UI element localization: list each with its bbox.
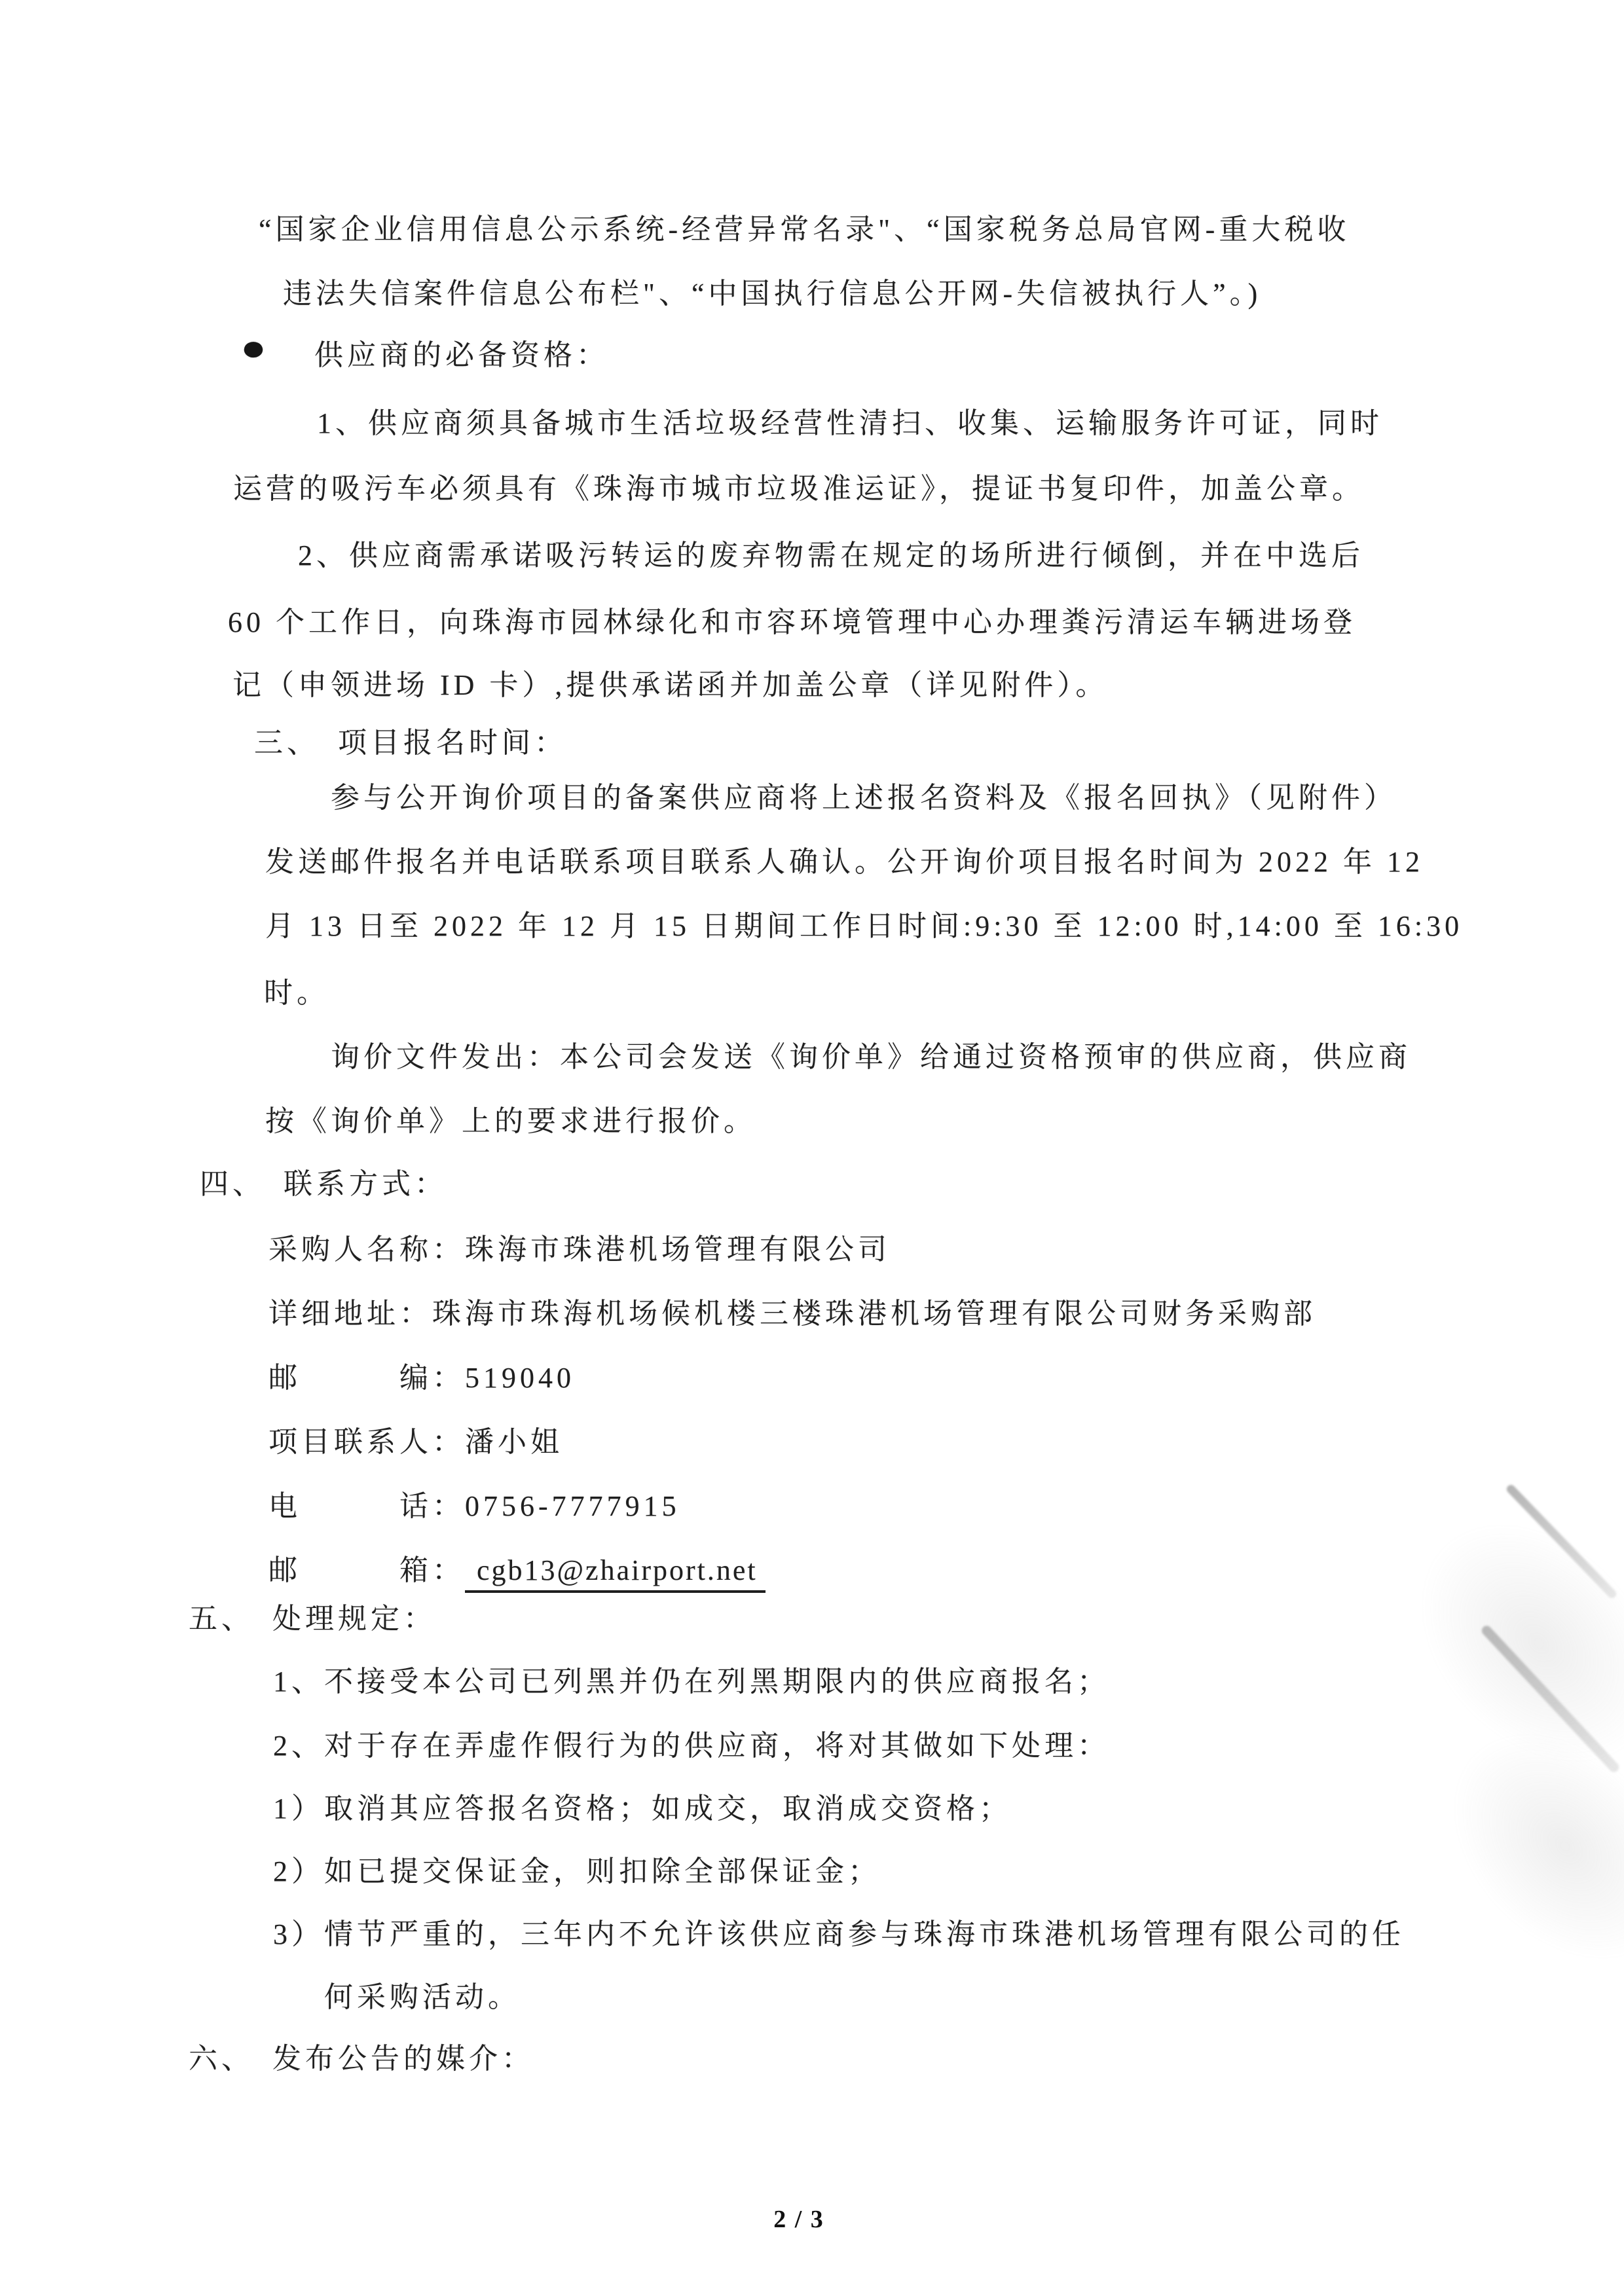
line-credit-systems-1: “国家企业信用信息公示系统-经营异常名录"、“国家税务总局官网-重大税收 bbox=[259, 211, 1350, 249]
line-registration-3: 月 13 日至 2022 年 12 月 15 日期间工作日时间:9:30 至 1… bbox=[265, 907, 1463, 945]
handling-sub-3b: 何采购活动。 bbox=[324, 1978, 521, 2016]
handling-sub-3a: 3）情节严重的，三年内不允许该供应商参与珠海市珠港机场管理有限公司的任 bbox=[273, 1916, 1405, 1954]
line-qualification-2b: 60 个工作日，向珠海市园林绿化和市容环境管理中心办理粪污清运车辆进场登 bbox=[228, 604, 1356, 642]
line-qualification-1a: 1、供应商须具备城市生活垃圾经营性清扫、收集、运输服务许可证，同时 bbox=[317, 405, 1383, 443]
contact-postcode: 邮 编：519040 bbox=[268, 1359, 575, 1397]
handling-sub-2: 2）如已提交保证金，则扣除全部保证金； bbox=[273, 1853, 881, 1891]
line-qualification-2a: 2、供应商需承诺吸污转运的废弃物需在规定的场所进行倾倒，并在中选后 bbox=[298, 537, 1364, 575]
page-number: 2 / 3 bbox=[714, 2205, 884, 2234]
contact-email-row: 邮 箱：cgb13@zhairport.net bbox=[268, 1552, 766, 1590]
line-qualification-1b: 运营的吸污车必须具有《珠海市城市垃圾准运证》，提证书复印件，加盖公章。 bbox=[233, 470, 1365, 508]
line-registration-2: 发送邮件报名并电话联系项目联系人确认。公开询价项目报名时间为 2022 年 12 bbox=[265, 843, 1424, 881]
section-heading-4-contact: 四、 联系方式： bbox=[200, 1165, 447, 1203]
section-heading-5-handling: 五、 处理规定： bbox=[189, 1600, 436, 1638]
contact-address: 详细地址：珠海市珠海机场候机楼三楼珠港机场管理有限公司财务采购部 bbox=[268, 1295, 1316, 1333]
line-inquiry-doc-1: 询价文件发出：本公司会发送《询价单》给通过资格预审的供应商，供应商 bbox=[331, 1038, 1411, 1076]
contact-purchaser-name: 采购人名称：珠海市珠港机场管理有限公司 bbox=[268, 1231, 891, 1269]
document-page: “国家企业信用信息公示系统-经营异常名录"、“国家税务总局官网-重大税收 违法失… bbox=[0, 0, 1624, 2296]
line-registration-1: 参与公开询价项目的备案供应商将上述报名资料及《报名回执》（见附件） bbox=[331, 779, 1397, 817]
section-heading-6-media: 六、 发布公告的媒介： bbox=[189, 2040, 534, 2078]
handling-item-1: 1、不接受本公司已列黑并仍在列黑期限内的供应商报名； bbox=[273, 1663, 1110, 1701]
contact-phone: 电 话：0756-7777915 bbox=[268, 1487, 680, 1525]
section-heading-3-registration-time: 三、 项目报名时间： bbox=[254, 724, 567, 762]
contact-email-label: 邮 箱： bbox=[268, 1554, 465, 1586]
line-inquiry-doc-2: 按《询价单》上的要求进行报价。 bbox=[265, 1102, 756, 1140]
contact-person: 项目联系人：潘小姐 bbox=[268, 1423, 563, 1461]
handling-item-2: 2、对于存在弄虚作假行为的供应商，将对其做如下处理： bbox=[273, 1727, 1110, 1765]
heading-supplier-qualifications: 供应商的必备资格： bbox=[314, 337, 609, 374]
line-credit-systems-2: 违法失信案件信息公布栏"、“中国执行信息公开网-失信被执行人”。) bbox=[283, 275, 1261, 313]
bullet-icon: ● bbox=[240, 330, 267, 367]
line-qualification-2c: 记（申领进场 ID 卡）,提供承诺函并加盖公章（详见附件）。 bbox=[232, 666, 1108, 704]
contact-email-value: cgb13@zhairport.net bbox=[465, 1554, 766, 1593]
line-registration-4: 时。 bbox=[264, 974, 329, 1012]
handling-sub-1: 1）取消其应答报名资格；如成交，取消成交资格； bbox=[273, 1790, 1012, 1828]
